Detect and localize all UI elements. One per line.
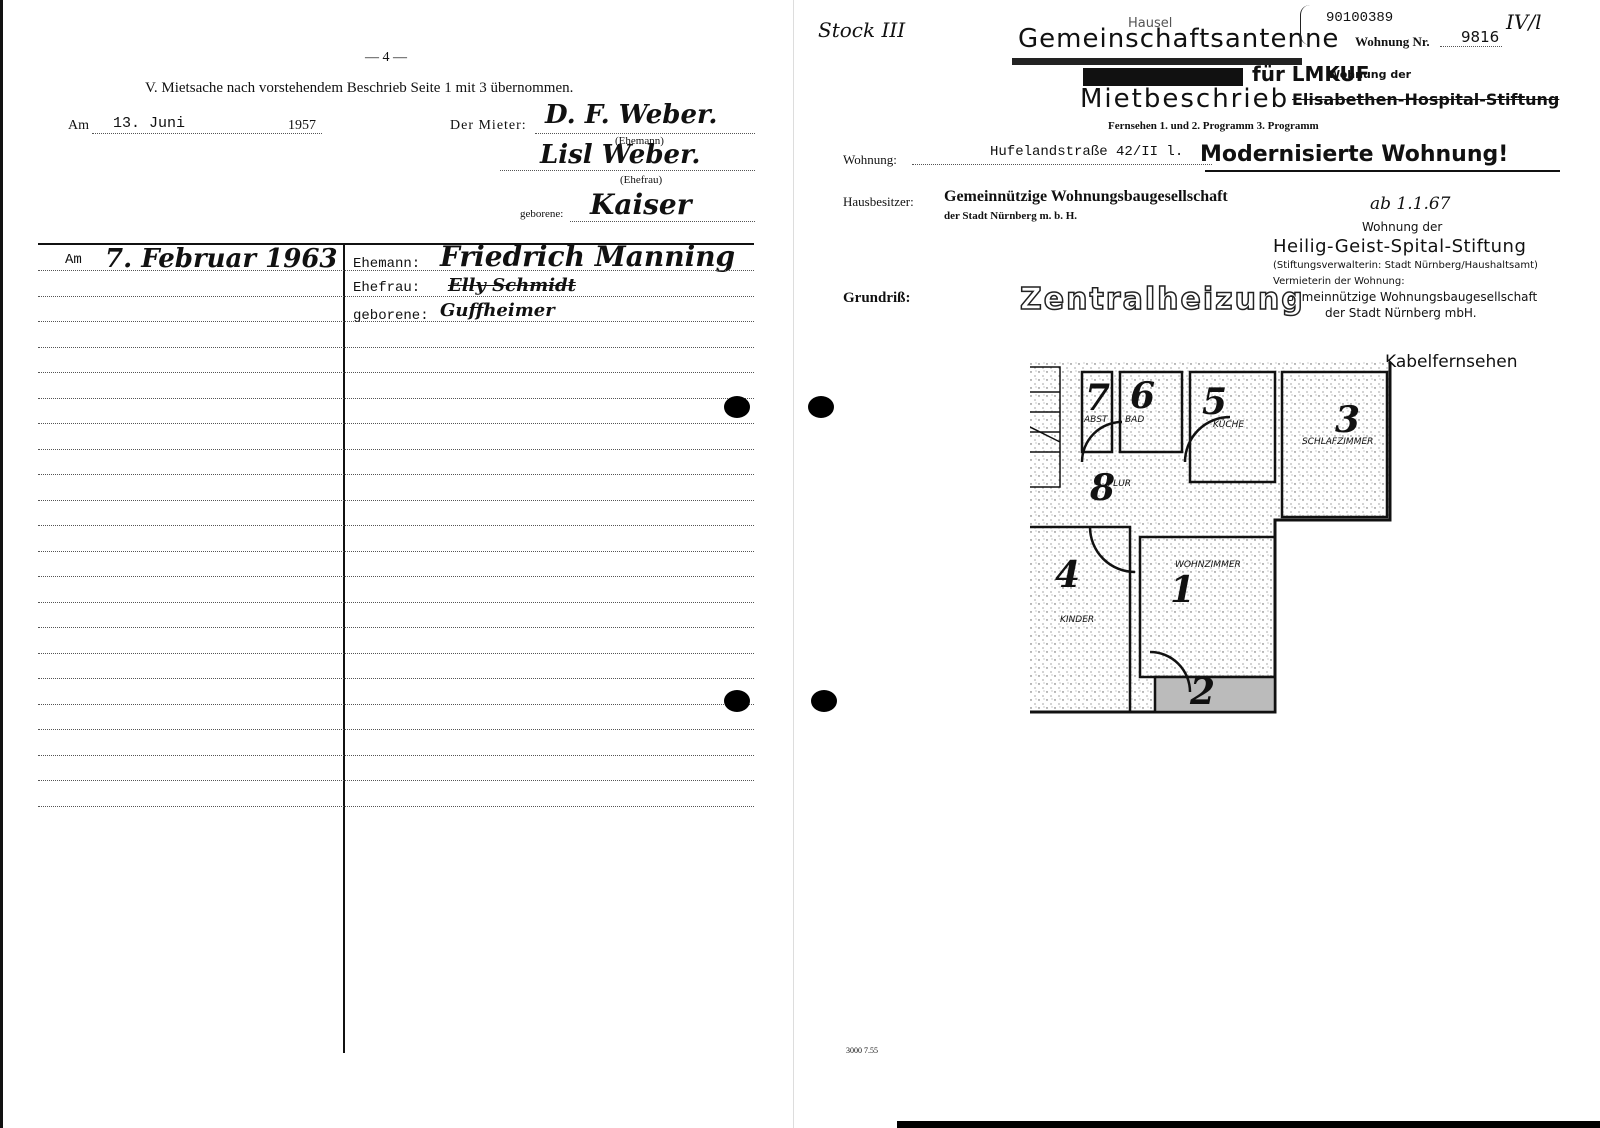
document-title: Mietbeschrieb <box>1080 84 1289 114</box>
page-spine <box>793 0 794 1128</box>
svg-text:1: 1 <box>1170 569 1195 611</box>
owner-sub: der Stadt Nürnberg m. b. H. <box>944 210 1077 222</box>
wohnung-address: Hufelandstraße 42/II l. <box>990 144 1183 160</box>
born-line <box>570 221 755 222</box>
section-heading: V. Mietsache nach vorstehendem Beschrieb… <box>145 80 573 97</box>
stamp-bracket <box>1300 5 1313 45</box>
owner-change-line6: der Stadt Nürnberg mbH. <box>1325 306 1477 320</box>
svg-text:4: 4 <box>1055 554 1080 596</box>
tenant-line <box>535 133 755 134</box>
svg-text:FLUR: FLUR <box>1108 479 1131 489</box>
ruled-line <box>38 653 754 654</box>
entry-born-name: Guffheimer <box>440 300 555 321</box>
scan-bottom-edge <box>897 1121 1600 1128</box>
ruled-line <box>38 347 754 348</box>
tenant-wife-signature: Lisl Weber. <box>540 140 700 170</box>
ruled-line <box>38 398 754 399</box>
owner-change-line5: Gemeinnützige Wohnungsbaugesellschaft <box>1285 290 1537 304</box>
ruled-line <box>38 576 754 577</box>
ruled-line <box>38 372 754 373</box>
svg-text:ABST: ABST <box>1083 415 1109 425</box>
owner-label: Hausbesitzer: <box>843 194 914 210</box>
apartment-no-label: Wohnung Nr. <box>1355 34 1430 50</box>
apartment-no-line <box>1440 46 1502 47</box>
owner-change-line2: Heilig-Geist-Spital-Stiftung <box>1273 236 1526 257</box>
tv-programs: Fernsehen 1. und 2. Programm 3. Programm <box>1108 120 1319 132</box>
owner-change-line3: (Stiftungsverwalterin: Stadt Nürnberg/Ha… <box>1273 260 1538 271</box>
ruled-line <box>38 423 754 424</box>
owner-change-date: ab 1.1.67 <box>1370 194 1451 214</box>
svg-text:2: 2 <box>1189 671 1215 713</box>
overlay-antenna: Gemeinschaftsantenne <box>1018 24 1339 54</box>
margin-note: Stock III <box>818 18 905 42</box>
wife-caption: (Ehefrau) <box>620 174 662 186</box>
born-name: Kaiser <box>590 188 691 221</box>
ruled-line <box>38 729 754 730</box>
apartment-no-suffix: IV/l <box>1506 10 1541 34</box>
svg-text:WOHNZIMMER: WOHNZIMMER <box>1175 560 1241 570</box>
modernized-stamp: Modernisierte Wohnung! <box>1200 142 1508 167</box>
svg-text:7: 7 <box>1085 377 1110 419</box>
modernized-underline <box>1205 170 1560 172</box>
footer-print-code: 3000 7.55 <box>846 1046 878 1055</box>
svg-text:3: 3 <box>1335 399 1360 441</box>
ruled-line <box>38 270 754 271</box>
title-struck-org: Elisabethen-Hospital-Stiftung <box>1292 90 1559 109</box>
born-label: geborene: <box>520 208 563 220</box>
tenant-label: Der Mieter: <box>450 118 527 134</box>
ruled-line <box>38 704 754 705</box>
ruled-line <box>38 525 754 526</box>
title-struck-label: Wohnung der <box>1328 68 1411 81</box>
ruled-line <box>38 780 754 781</box>
wohnung-line <box>912 164 1212 165</box>
ruled-line <box>38 806 754 807</box>
owner-change-line1: Wohnung der <box>1362 220 1442 234</box>
page-number: — 4 — <box>365 50 407 66</box>
punch-hole <box>724 690 750 712</box>
wife-line <box>500 170 755 171</box>
svg-text:KINDER: KINDER <box>1060 615 1094 625</box>
apartment-no: 9816 <box>1461 28 1499 46</box>
svg-text:BAD: BAD <box>1125 415 1144 425</box>
wohnung-label: Wohnung: <box>843 152 897 168</box>
ruled-line <box>38 551 754 552</box>
punch-hole <box>724 396 750 418</box>
ruled-line <box>38 321 754 322</box>
handover-am-label: Am <box>68 118 89 134</box>
punch-hole <box>808 396 834 418</box>
svg-text:5: 5 <box>1202 381 1227 423</box>
floorplan-drawing: 7 6 5 3 8 4 1 2 ABST BAD KÜCHE SCHLAFZIM… <box>1030 362 1410 730</box>
svg-text:6: 6 <box>1130 375 1155 417</box>
ruled-line <box>38 500 754 501</box>
entry-husband-signature: Friedrich Manning <box>440 240 735 273</box>
floorplan-label: Grundriß: <box>843 290 911 307</box>
scan-edge <box>0 0 3 1128</box>
ruled-line <box>38 449 754 450</box>
ruled-line <box>38 296 754 297</box>
table-divider <box>343 243 345 1053</box>
svg-text:KÜCHE: KÜCHE <box>1213 419 1244 430</box>
owner-name: Gemeinnützige Wohnungsbaugesellschaft <box>944 188 1228 206</box>
ruled-line <box>38 627 754 628</box>
ruled-line <box>38 602 754 603</box>
heating-stamp: Zentralheizung <box>1020 282 1305 317</box>
svg-text:SCHLAFZIMMER: SCHLAFZIMMER <box>1302 437 1373 447</box>
punch-hole <box>811 690 837 712</box>
ruled-line <box>38 755 754 756</box>
ruled-line <box>38 474 754 475</box>
handover-year: 1957 <box>288 118 316 134</box>
tenant-husband-signature: D. F. Weber. <box>545 100 717 130</box>
entry-am-label: Am <box>65 252 82 268</box>
overlay-hausel: Hausel <box>1128 16 1172 31</box>
entry-wife-signature: Elly Schmidt <box>448 275 576 296</box>
ruled-line <box>38 678 754 679</box>
stamp-number: 90100389 <box>1326 10 1393 26</box>
handover-date: 13. Juni <box>113 115 185 132</box>
entry-wife-label: Ehefrau: <box>353 280 420 296</box>
